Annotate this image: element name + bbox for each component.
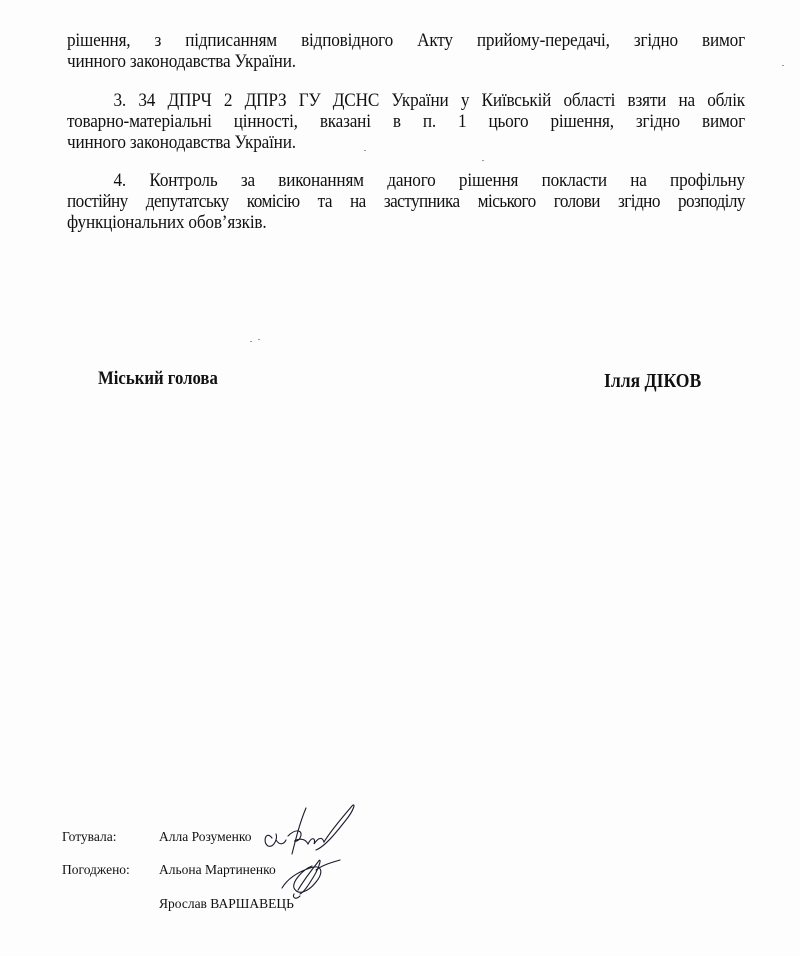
text-line: функціональних обов’язків.	[67, 213, 745, 234]
paragraph-continuation: рішення, з підписанням відповідного Акту…	[67, 31, 745, 73]
text-line: чинного законодавства України.	[67, 52, 745, 73]
text-line: 3. 34 ДПРЧ 2 ДПРЗ ГУ ДСНС України у Київ…	[67, 91, 745, 112]
agreed-by-1: Альона Мартиненко	[159, 862, 276, 878]
prepared-label: Готувала:	[62, 829, 116, 845]
signatory-name: Ілля ДІКОВ	[604, 370, 701, 393]
document-page: рішення, з підписанням відповідного Акту…	[0, 0, 800, 956]
text-line: рішення, з підписанням відповідного Акту…	[67, 31, 745, 52]
prepared-by: Алла Розуменко	[159, 829, 252, 845]
paragraph-item-4: 4. Контроль за виконанням даного рішення…	[67, 171, 745, 234]
paragraph-item-3: 3. 34 ДПРЧ 2 ДПРЗ ГУ ДСНС України у Київ…	[67, 91, 745, 154]
text-line: 4. Контроль за виконанням даного рішення…	[67, 171, 745, 192]
text-line: чинного законодавства України.	[67, 133, 745, 154]
text-line: постійну депутатську комісію та на засту…	[67, 192, 745, 213]
agreed-label: Погоджено:	[62, 862, 130, 878]
agreed-by-2: Ярослав ВАРШАВЕЦЬ	[159, 896, 294, 912]
text-line: товарно-матеріальні цінності, вказані в …	[67, 112, 745, 133]
signatory-role: Міський голова	[98, 368, 218, 390]
